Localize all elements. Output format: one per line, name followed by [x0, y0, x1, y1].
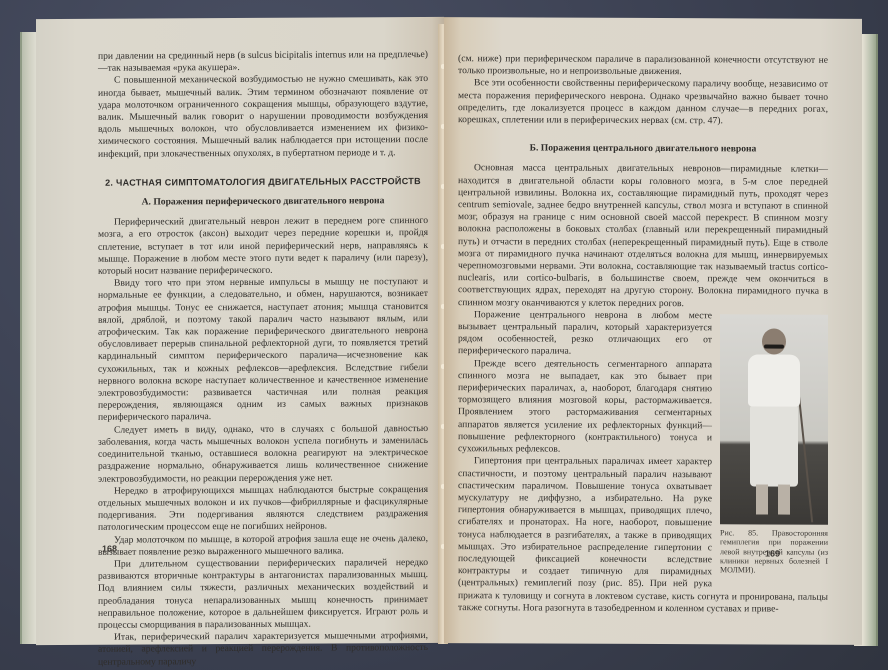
open-book: при давлении на срединный нерв (в sulcus… [20, 14, 878, 646]
paragraph: при давлении на срединный нерв (в sulcus… [98, 49, 428, 75]
paragraph: Ввиду того что при этом нервные импульсы… [98, 276, 428, 424]
figure-leg [778, 484, 790, 514]
figure: Рис. 85. Правосторонняя гемиплегия при п… [720, 314, 828, 576]
right-page-text: (см. ниже) при периферическом параличе в… [458, 53, 828, 616]
figure-pants [750, 404, 798, 486]
paragraph: Следует иметь в виду, однако, что в случ… [98, 423, 428, 486]
patient-photo [720, 314, 828, 524]
paragraph: Периферический двигательный неврон лежит… [98, 215, 428, 278]
subsection-heading: А. Поражения периферического двигательно… [98, 195, 428, 209]
paragraph: С повышенной механической возбудимостью … [98, 73, 428, 160]
figure-leg [756, 484, 768, 514]
paragraph: Итак, периферический паралич характеризу… [98, 630, 428, 668]
figure-shirt [748, 354, 800, 406]
paragraph: (см. ниже) при периферическом параличе в… [458, 53, 828, 79]
cane [797, 385, 813, 523]
paragraph: Удар молоточком по мышце, в которой атро… [98, 533, 428, 559]
page-number-right: 169 [765, 548, 780, 558]
figure-head [762, 328, 786, 354]
paragraph: Нередко в атрофирующихся мышцах наблюдаю… [98, 484, 428, 535]
subsection-heading: Б. Поражения центрального двигательного … [458, 142, 828, 156]
paragraph: Основная масса центральных двигательных … [458, 163, 828, 311]
paragraph: Все эти особенности свойственны перифери… [458, 78, 828, 128]
paragraph: При длительном существовании периферичес… [98, 557, 428, 632]
left-page-text: при давлении на срединный нерв (в sulcus… [98, 49, 428, 668]
page-number-left: 168 [102, 544, 117, 554]
figure-mustache [764, 344, 784, 348]
left-page: при давлении на срединный нерв (в sulcus… [36, 17, 444, 645]
right-page: (см. ниже) при периферическом параличе в… [444, 17, 862, 645]
section-heading: 2. ЧАСТНАЯ СИМПТОМАТОЛОГИЯ ДВИГАТЕЛЬНЫХ … [98, 175, 428, 189]
